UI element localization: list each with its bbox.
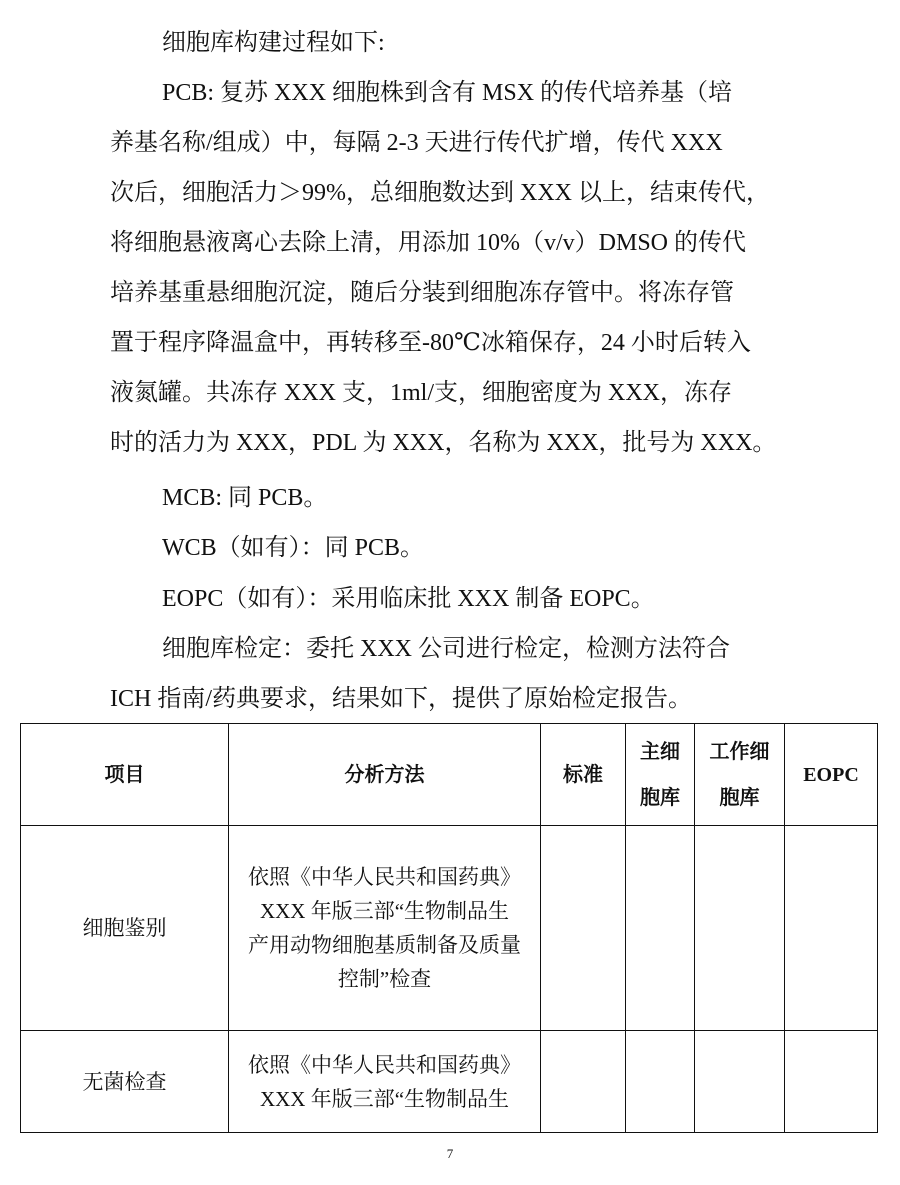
- header-item: 项目: [21, 724, 229, 826]
- paragraph-line: WCB（如有）：同 PCB。: [162, 527, 424, 562]
- cell-standard: [541, 1031, 626, 1133]
- cell-eopc: [785, 1031, 878, 1133]
- paragraph-line: PCB: 复苏 XXX 细胞株到含有 MSX 的传代培养基（培: [162, 72, 732, 107]
- paragraph-line: 培养基重悬细胞沉淀，随后分装到细胞冻存管中。将冻存管: [110, 272, 734, 307]
- header-method: 分析方法: [229, 724, 541, 826]
- page-number: 7: [0, 1146, 900, 1162]
- header-eopc: EOPC: [785, 724, 878, 826]
- header-wcb: 工作细 胞库: [695, 724, 785, 826]
- table-row: 无菌检查 依照《中华人民共和国药典》 XXX 年版三部“生物制品生: [21, 1031, 878, 1133]
- header-standard: 标准: [541, 724, 626, 826]
- paragraph-line: 将细胞悬液离心去除上清，用添加 10%（v/v）DMSO 的传代: [110, 222, 746, 257]
- paragraph-line: 时的活力为 XXX，PDL 为 XXX，名称为 XXX，批号为 XXX。: [110, 422, 776, 457]
- cell-mcb: [626, 1031, 695, 1133]
- cell-mcb: [626, 826, 695, 1031]
- table-header-row: 项目 分析方法 标准 主细 胞库 工作细 胞库 EOPC: [21, 724, 878, 826]
- method-line: 依照《中华人民共和国药典》: [229, 1048, 540, 1082]
- cell-bank-test-table: 项目 分析方法 标准 主细 胞库 工作细 胞库 EOPC 细胞鉴别 依照《中华人…: [20, 723, 878, 1133]
- cell-item: 无菌检查: [21, 1031, 229, 1133]
- paragraph-line: 养基名称/组成）中，每隔 2-3 天进行传代扩增，传代 XXX: [110, 122, 723, 157]
- method-line: 产用动物细胞基质制备及质量: [229, 928, 540, 962]
- cell-method: 依照《中华人民共和国药典》 XXX 年版三部“生物制品生 产用动物细胞基质制备及…: [229, 826, 541, 1031]
- method-line: XXX 年版三部“生物制品生: [229, 1082, 540, 1116]
- header-mcb: 主细 胞库: [626, 724, 695, 826]
- method-line: 依照《中华人民共和国药典》: [229, 860, 540, 894]
- cell-standard: [541, 826, 626, 1031]
- paragraph-line: ICH 指南/药典要求，结果如下，提供了原始检定报告。: [110, 678, 692, 713]
- cell-wcb: [695, 826, 785, 1031]
- table-row: 细胞鉴别 依照《中华人民共和国药典》 XXX 年版三部“生物制品生 产用动物细胞…: [21, 826, 878, 1031]
- cell-eopc: [785, 826, 878, 1031]
- method-line: XXX 年版三部“生物制品生: [229, 894, 540, 928]
- method-line: 控制”检查: [229, 962, 540, 996]
- paragraph-line: 置于程序降温盒中，再转移至-80℃冰箱保存，24 小时后转入: [110, 322, 751, 357]
- cell-item: 细胞鉴别: [21, 826, 229, 1031]
- paragraph-line: EOPC（如有）：采用临床批 XXX 制备 EOPC。: [162, 578, 655, 613]
- cell-wcb: [695, 1031, 785, 1133]
- paragraph-line: 细胞库构建过程如下:: [162, 22, 385, 57]
- paragraph-line: 次后，细胞活力＞99%，总细胞数达到 XXX 以上，结束传代，: [110, 172, 770, 207]
- paragraph-line: 液氮罐。共冻存 XXX 支，1ml/支，细胞密度为 XXX，冻存: [110, 372, 732, 407]
- cell-method: 依照《中华人民共和国药典》 XXX 年版三部“生物制品生: [229, 1031, 541, 1133]
- paragraph-line: 细胞库检定：委托 XXX 公司进行检定，检测方法符合: [162, 628, 730, 663]
- paragraph-line: MCB: 同 PCB。: [162, 477, 327, 512]
